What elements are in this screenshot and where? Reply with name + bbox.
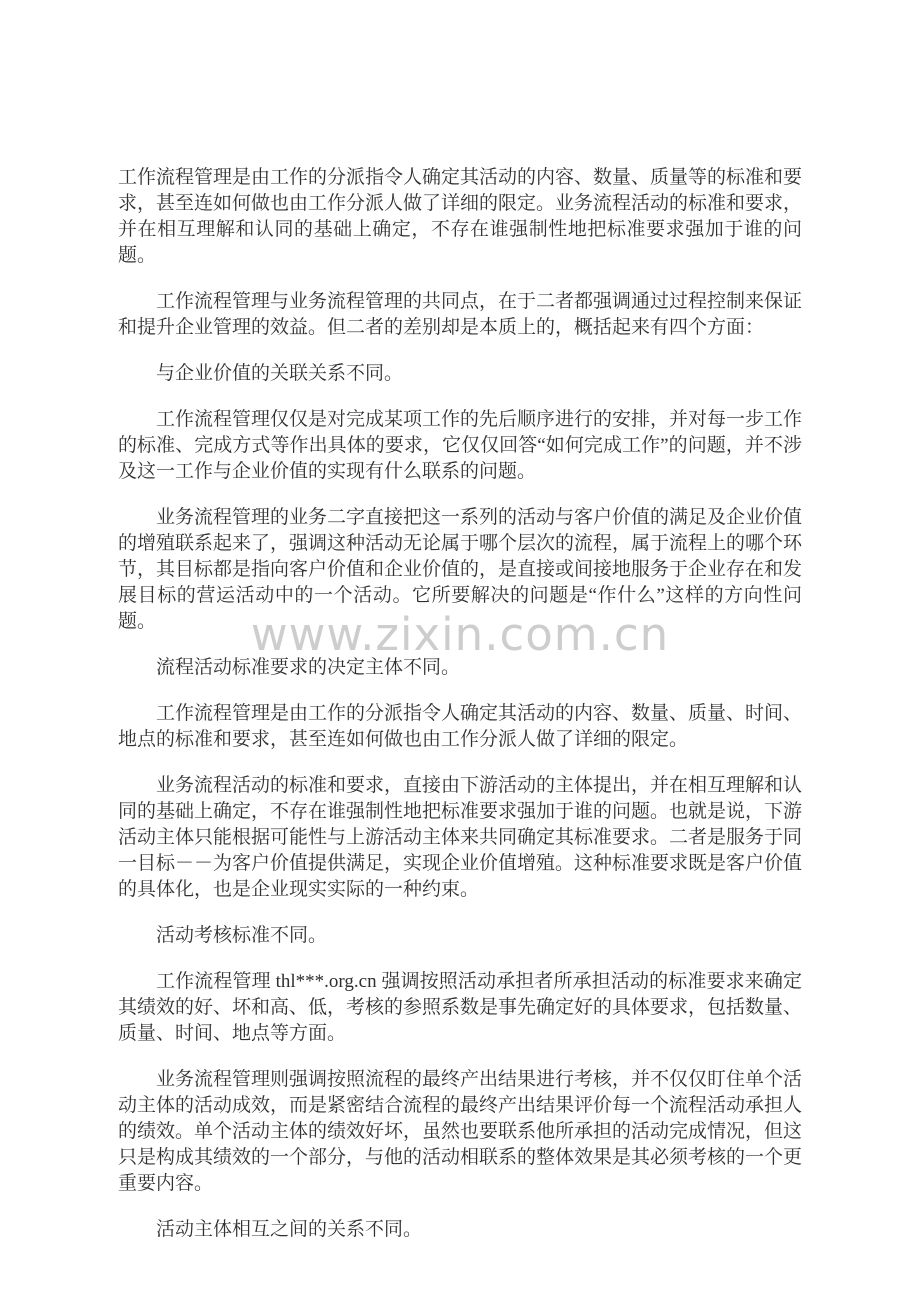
paragraph: 工作流程管理仅仅是对完成某项工作的先后顺序进行的安排，并对每一步工作的标准、完成… bbox=[118, 407, 802, 485]
paragraph: 工作流程管理与业务流程管理的共同点，在于二者都强调通过过程控制来保证和提升企业管… bbox=[118, 289, 802, 341]
paragraph: 活动考核标准不同。 bbox=[118, 923, 802, 949]
document-page: www.zixin.com.cn 工作流程管理是由工作的分派指令人确定其活动的内… bbox=[0, 0, 920, 1302]
paragraph: 业务流程活动的标准和要求，直接由下游活动的主体提出，并在相互理解和认同的基础上确… bbox=[118, 773, 802, 903]
paragraph: 业务流程管理的业务二字直接把这一系列的活动与客户价值的满足及企业价值的增殖联系起… bbox=[118, 505, 802, 635]
paragraph: 活动主体相互之间的关系不同。 bbox=[118, 1217, 802, 1243]
paragraph: 工作流程管理 thl***.org.cn 强调按照活动承担者所承担活动的标准要求… bbox=[118, 969, 802, 1047]
paragraph: 与企业价值的关联关系不同。 bbox=[118, 361, 802, 387]
paragraph: 业务流程管理则强调按照流程的最终产出结果进行考核，并不仅仅盯住单个活动主体的活动… bbox=[118, 1067, 802, 1197]
paragraph: 流程活动标准要求的决定主体不同。 bbox=[118, 655, 802, 681]
paragraph: 工作流程管理是由工作的分派指令人确定其活动的内容、数量、质量等的标准和要求，甚至… bbox=[118, 165, 802, 269]
document-body: 工作流程管理是由工作的分派指令人确定其活动的内容、数量、质量等的标准和要求，甚至… bbox=[118, 165, 802, 1243]
paragraph: 工作流程管理是由工作的分派指令人确定其活动的内容、数量、质量、时间、地点的标准和… bbox=[118, 701, 802, 753]
